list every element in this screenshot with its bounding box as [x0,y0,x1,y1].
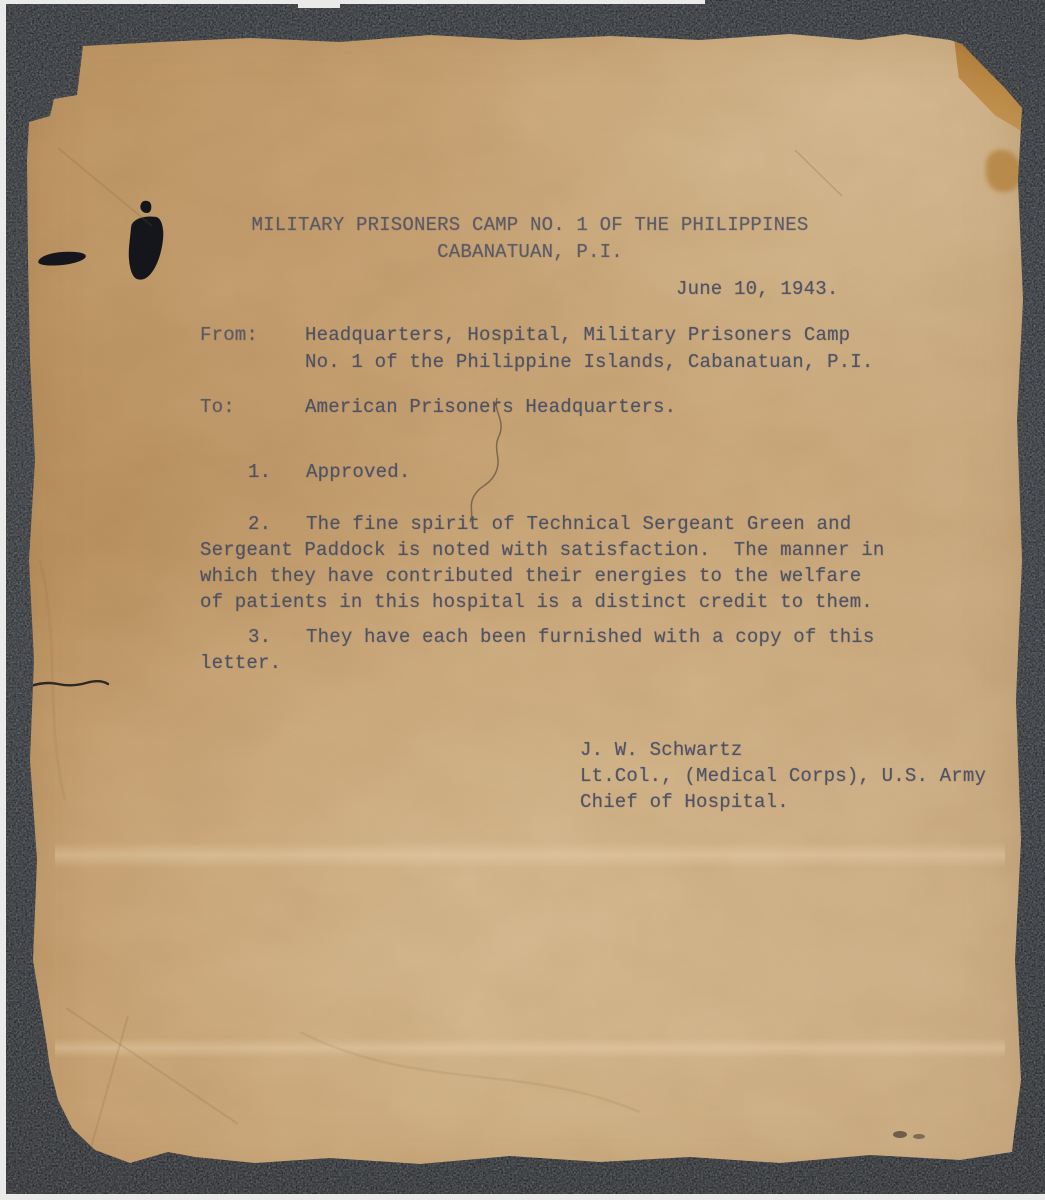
paragraph-1: 1. Approved. [248,459,410,485]
paragraph-2-line-4: of patients in this hospital is a distin… [200,589,873,615]
paragraph-2-line-3: which they have contributed their energi… [200,563,861,589]
paragraph-2-line-2: Sergeant Paddock is noted with satisfact… [200,537,885,563]
from-label: From: [200,322,258,348]
paragraph-2-line-1: 2. The fine spirit of Technical Sergeant… [248,511,851,537]
paragraph-3-line-1: 3. They have each been furnished with a … [248,624,875,650]
heading-line-1: MILITARY PRISONERS CAMP NO. 1 OF THE PHI… [200,212,860,238]
date-line: June 10, 1943. [676,276,838,302]
letter-text: MILITARY PRISONERS CAMP NO. 1 OF THE PHI… [0,0,1045,1200]
signature-rank: Lt.Col., (Medical Corps), U.S. Army [580,763,986,789]
paragraph-3-line-2: letter. [200,650,281,676]
heading-line-2: CABANATUAN, P.I. [200,239,860,265]
signature-name: J. W. Schwartz [580,737,986,763]
from-value-line-2: No. 1 of the Philippine Islands, Cabanat… [305,349,874,375]
signature-title: Chief of Hospital. [580,789,986,815]
to-value: American Prisoners Headquarters. [305,394,676,420]
to-label: To: [200,394,235,420]
signature-block: J. W. Schwartz Lt.Col., (Medical Corps),… [580,737,986,815]
from-value-line-1: Headquarters, Hospital, Military Prisone… [305,322,850,348]
scanned-document: MILITARY PRISONERS CAMP NO. 1 OF THE PHI… [0,0,1045,1200]
